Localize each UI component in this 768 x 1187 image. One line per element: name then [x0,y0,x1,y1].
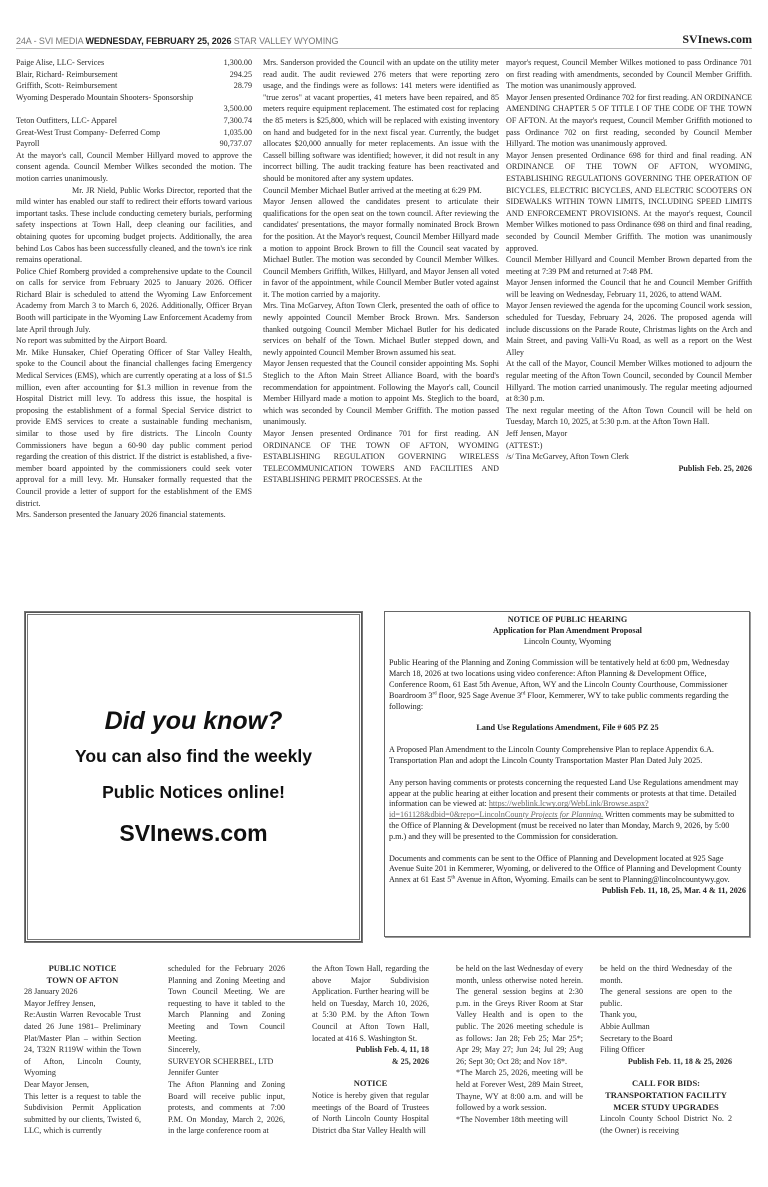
notice-subtitle: TOWN OF AFTON [24,975,141,987]
signature-line: Jeff Jensen, Mayor [506,428,752,440]
clerk-signature: /s/ Tina McGarvey, Afton Town Clerk [506,451,752,463]
ledger-row: Teton Outfitters, LLC- Apparel7,300.74 [16,115,252,127]
letter-re: Re:Austin Warren Revocable Trust dated 2… [24,1009,141,1079]
file-heading: Land Use Regulations Amendment, File # 6… [389,723,746,734]
ledger-payee: Great-West Trust Company- Deferred Comp [16,127,160,139]
region: STAR VALLEY WYOMING [234,36,339,46]
letter-body: scheduled for the February 2026 Planning… [168,963,285,1044]
letter-body: This letter is a request to table the Su… [24,1091,141,1137]
paragraph: Mayor Jensen informed the Council that h… [506,277,752,300]
notice-subtitle: Application for Plan Amendment Proposal [389,626,746,637]
bids-body: Lincoln County School District No. 2 (th… [600,1113,732,1136]
closing: Thank you, [600,1009,732,1021]
ledger-row: Great-West Trust Company- Deferred Comp1… [16,127,252,139]
paragraph: Mayor Jensen allowed the candidates pres… [263,196,499,300]
notice-body: be held on the last Wednesday of every m… [456,963,583,1067]
site-name: SVInews.com [682,32,752,48]
paragraph: Mayor Jensen presented Ordinance 701 for… [263,428,499,486]
afton-notice-column-2: scheduled for the February 2026 Planning… [168,963,285,1137]
ledger-amount: 294.25 [230,69,252,81]
publish-line: Publish Feb. 4, 11, 18 [312,1044,429,1056]
letter-firm: SURVEYOR SCHERBEL, LTD [168,1056,285,1068]
paragraph: Mayor Jensen reviewed the agenda for the… [506,300,752,358]
promo-site-link[interactable]: SVInews.com [119,820,267,847]
minutes-column-1: Paige Alise, LLC- Services1,300.00 Blair… [16,57,252,521]
paragraph: Mrs. Tina McGarvey, Afton Town Clerk, pr… [263,300,499,358]
ledger-row: 3,500.00 [16,103,252,115]
notice-footnote: *The November 18th meeting will [456,1114,583,1126]
paragraph: At the mayor's call, Council Member Hill… [16,150,252,185]
paragraph: Council Member Michael Butler arrived at… [263,185,499,197]
ledger-amount: 90,737.07 [220,138,252,150]
masthead-info: 24A - SVI MEDIA WEDNESDAY, FEBRUARY 25, … [16,36,338,48]
ledger-amount: 7,300.74 [224,115,252,127]
issue-date: WEDNESDAY, FEBRUARY 25, 2026 [85,36,231,46]
letter-signer: Jennifer Gunter [168,1067,285,1079]
paragraph: Mrs. Sanderson presented the January 202… [16,509,252,521]
ledger-row: Payroll90,737.07 [16,138,252,150]
paragraph: The next regular meeting of the Afton To… [506,405,752,428]
paragraph: Mayor Jensen requested that the Council … [263,358,499,428]
bids-title: CALL FOR BIDS: [600,1078,732,1090]
publish-line: Publish Feb. 11, 18 & 25, 2026 [600,1056,732,1068]
notice-footnote: be held on the third Wednesday of the mo… [600,963,732,986]
ledger-payee: Griffith, Scott- Reimbursement [16,80,117,92]
public-hearing-notice: NOTICE OF PUBLIC HEARING Application for… [384,611,750,937]
ledger-row: Griffith, Scott- Reimbursement28.79 [16,80,252,92]
signer-role: Filing Officer [600,1044,732,1056]
afton-notice-column-3: the Afton Town Hall, regarding the above… [312,963,429,1136]
paragraph: Mayor Jensen presented Ordinance 698 for… [506,150,752,254]
notice-paragraph: Documents and comments can be sent to th… [389,854,746,886]
paragraph: Mayor Jensen presented Ordinance 702 for… [506,92,752,150]
letter-addressee: Mayor Jeffrey Jensen, [24,998,141,1010]
letter-salutation: Dear Mayor Jensen, [24,1079,141,1091]
paragraph: Council Member Hillyard and Council Memb… [506,254,752,277]
notice-title: PUBLIC NOTICE [24,963,141,975]
paragraph: Mrs. Sanderson provided the Council with… [263,57,499,185]
ledger-amount: 3,500.00 [224,103,252,115]
masthead: 24A - SVI MEDIA WEDNESDAY, FEBRUARY 25, … [16,34,752,49]
ledger-payee: Payroll [16,138,39,150]
promo-box: Did you know? You can also find the week… [24,611,363,943]
bids-title: TRANSPORTATION FACILITY [600,1090,732,1102]
publish-line: Publish Feb. 11, 18, 25, Mar. 4 & 11, 20… [389,886,746,897]
publish-line: Publish Feb. 25, 2026 [506,463,752,475]
letter-date: 28 January 2026 [24,986,141,998]
paragraph: Mr. JR Nield, Public Works Director, rep… [16,185,252,266]
notice-paragraph: A Proposed Plan Amendment to the Lincoln… [389,745,746,767]
ledger-payee: Wyoming Desperado Mountain Shooters- Spo… [16,92,193,104]
text: Avenue in Afton, Wyoming. Emails can be … [455,875,729,884]
weblink-url-text[interactable]: ty Projects for Planning. [523,810,604,819]
spacer [600,1067,732,1078]
signer: Abbie Aullman [600,1021,732,1033]
minutes-column-2: Mrs. Sanderson provided the Council with… [263,57,499,486]
page-label: 24A - SVI MEDIA [16,36,83,46]
paragraph: mayor's request, Council Member Wilkes m… [506,57,752,92]
paragraph: Police Chief Romberg provided a comprehe… [16,266,252,336]
ledger-row: Paige Alise, LLC- Services1,300.00 [16,57,252,69]
notice-body: The general sessions are open to the pub… [600,986,732,1009]
notice-body: Notice is hereby given that regular meet… [312,1090,429,1136]
paragraph: Mr. Mike Hunsaker, Chief Operating Offic… [16,347,252,509]
spacer [312,1067,429,1078]
notice-title: NOTICE OF PUBLIC HEARING [389,615,746,626]
text: floor, 925 Sage Avenue 3 [437,691,522,700]
promo-line-1: You can also find the weekly [75,746,312,767]
bids-title: MCER STUDY UPGRADES [600,1102,732,1114]
promo-headline: Did you know? [105,707,283,736]
ledger-row: Wyoming Desperado Mountain Shooters- Spo… [16,92,252,104]
ledger-amount: 1,035.00 [224,127,252,139]
signer-role: Secretary to the Board [600,1033,732,1045]
letter-closing: Sincerely, [168,1044,285,1056]
notice-location: Lincoln County, Wyoming [389,637,746,648]
ledger-amount: 28.79 [234,80,252,92]
ledger-payee: Paige Alise, LLC- Services [16,57,104,69]
publish-line: & 25, 2026 [312,1056,429,1068]
minutes-column-3: mayor's request, Council Member Wilkes m… [506,57,752,474]
ledger-payee: Blair, Richard- Reimbursement [16,69,118,81]
paragraph: No report was submitted by the Airport B… [16,335,252,347]
notice-body: The Afton Planning and Zoning Board will… [168,1079,285,1137]
ledger-amount: 1,300.00 [224,57,252,69]
afton-notice-column-1: PUBLIC NOTICE TOWN OF AFTON 28 January 2… [24,963,141,1137]
promo-line-2: Public Notices online! [102,782,285,803]
notice-title: NOTICE [312,1078,429,1090]
attest-line: (ATTEST:) [506,440,752,452]
ledger-row: Blair, Richard- Reimbursement294.25 [16,69,252,81]
notice-paragraph: Any person having comments or protests c… [389,778,746,843]
notice-footnote: *The March 25, 2026, meeting will be hel… [456,1067,583,1113]
hospital-notice-column: be held on the last Wednesday of every m… [456,963,583,1125]
paragraph: At the call of the Mayor, Council Member… [506,358,752,404]
notice-body: the Afton Town Hall, regarding the above… [312,963,429,1044]
ledger-payee: Teton Outfitters, LLC- Apparel [16,115,117,127]
notice-paragraph: Public Hearing of the Planning and Zonin… [389,658,746,712]
hospital-and-bids-column: be held on the third Wednesday of the mo… [600,963,732,1136]
